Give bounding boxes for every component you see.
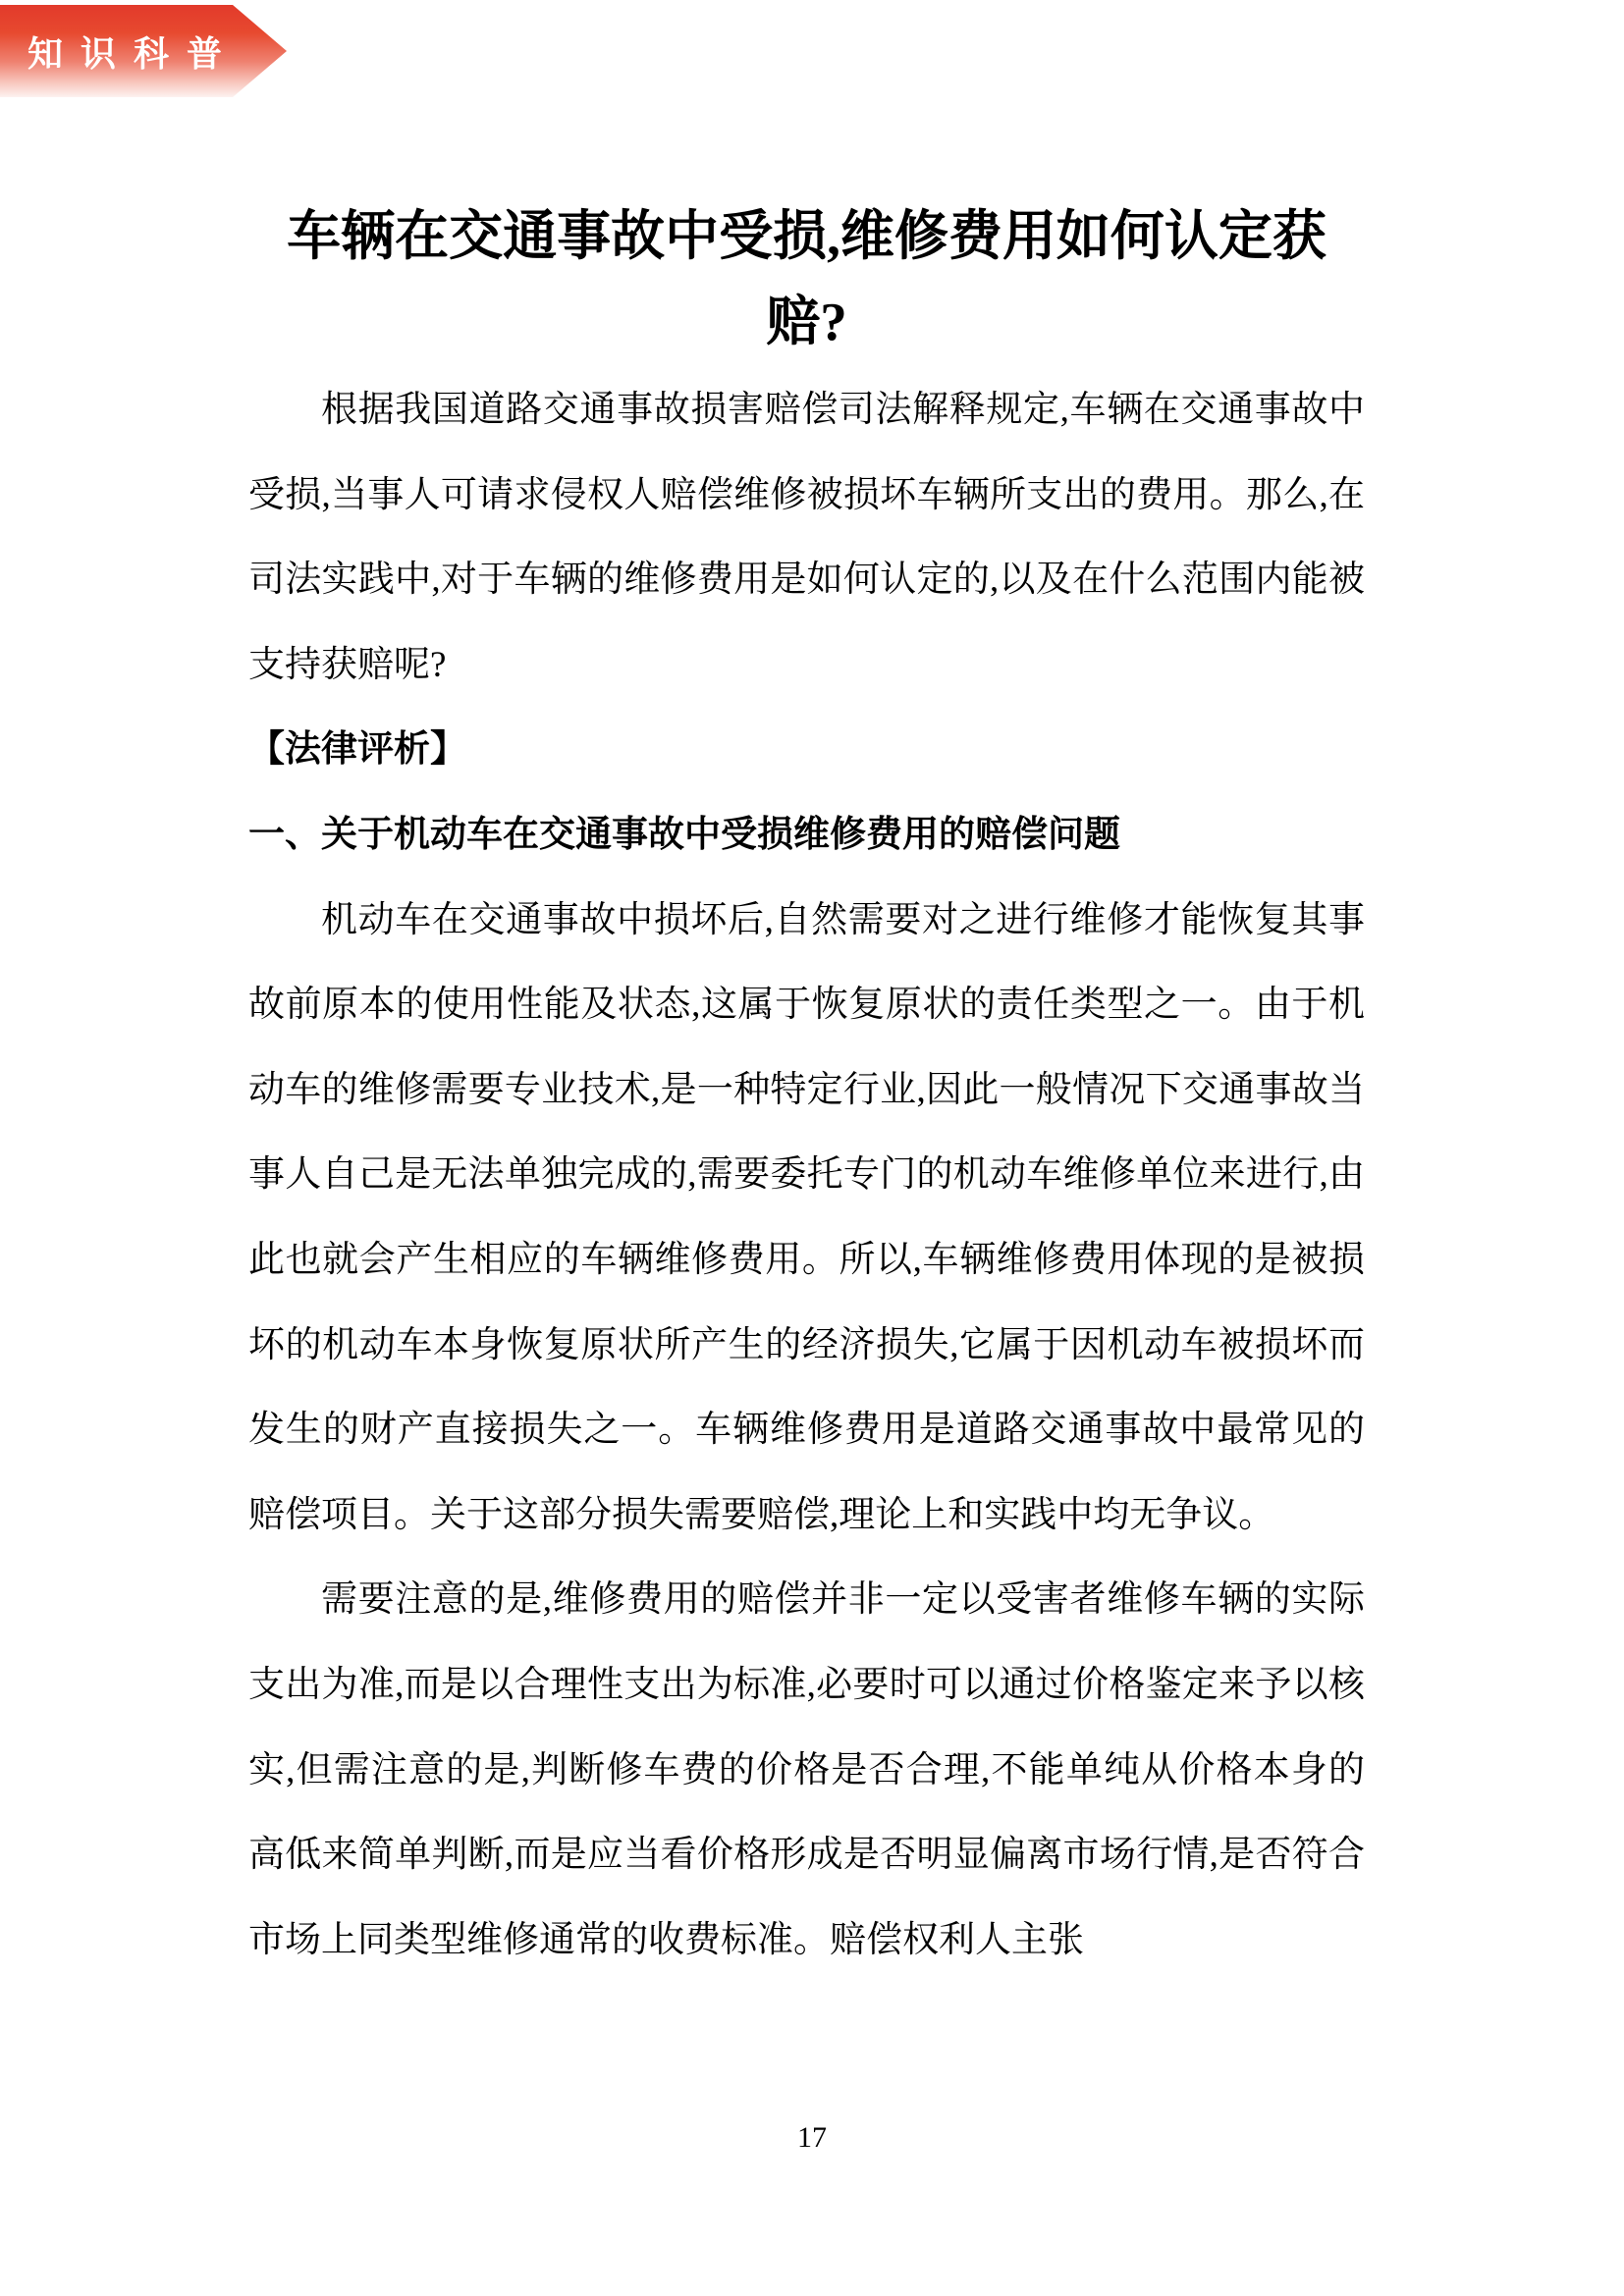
page-number: 17 (0, 2118, 1624, 2158)
subsection-heading-1: 一、关于机动车在交通事故中受损维修费用的赔偿问题 (248, 793, 1365, 879)
knowledge-banner-label: 知 识 科 普 (27, 5, 226, 97)
knowledge-banner: 知 识 科 普 (0, 5, 287, 97)
document-page: 知 识 科 普 车辆在交通事故中受损,维修费用如何认定获赔? 根据我国道路交通事… (0, 0, 1624, 2296)
body-paragraph-2: 需要注意的是,维修费用的赔偿并非一定以受害者维修车辆的实际支出为准,而是以合理性… (248, 1558, 1365, 1983)
article-body: 根据我国道路交通事故损害赔偿司法解释规定,车辆在交通事故中受损,当事人可请求侵权… (248, 368, 1365, 1983)
section-label-legal-analysis: 【法律评析】 (248, 708, 1365, 793)
article-content: 车辆在交通事故中受损,维修费用如何认定获赔? 根据我国道路交通事故损害赔偿司法解… (248, 193, 1365, 1983)
article-title: 车辆在交通事故中受损,维修费用如何认定获赔? (262, 193, 1352, 364)
body-paragraph-1: 机动车在交通事故中损坏后,自然需要对之进行维修才能恢复其事故前原本的使用性能及状… (248, 879, 1365, 1559)
intro-paragraph: 根据我国道路交通事故损害赔偿司法解释规定,车辆在交通事故中受损,当事人可请求侵权… (248, 368, 1365, 708)
